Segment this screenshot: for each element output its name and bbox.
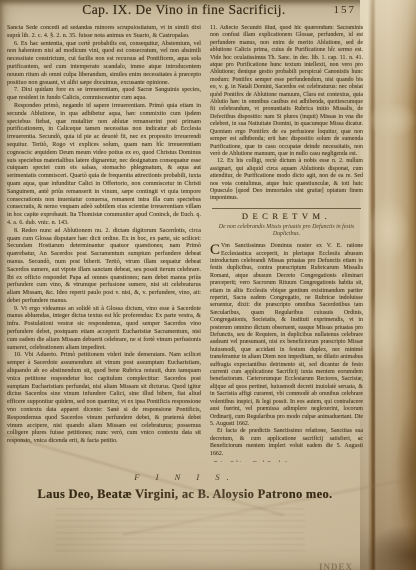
decree-heading: DECRETVM. [210, 213, 363, 220]
page-number: 157 [334, 4, 357, 16]
paragraph-6: 6. Ex hac sententia, quæ certè probabili… [7, 41, 201, 88]
book-page: Cap. IX. De Vino in fine Sacrificij. 157… [0, 0, 416, 570]
paragraph-8: 8. Redeo nunc ad Ablutionem nu. 2. dicta… [7, 228, 201, 306]
paragraph-respondeo: Respondeo primò, negando id sapere irreu… [7, 103, 201, 228]
paragraph-continuation: Sancta Sede concedi ad sedandas minores … [7, 25, 201, 41]
decree-subtitle: De non celebrandis Missis priuatis pro D… [218, 224, 355, 238]
paragraph-10: 10. Vbi Aduerto. Primò petitionem videri… [7, 352, 201, 446]
text-columns: Sancta Sede concedi ad sedandas minores … [7, 25, 363, 462]
right-column: 11. Adiecto Secundò illud, quod hîc quær… [210, 25, 363, 462]
decree-body-text: Vm Sanctissimus Dominus noster ex V. E. … [210, 243, 363, 427]
bleed-through-lines [55, 508, 305, 554]
paragraph-7: 7. Dixi quidam fore ex se irreuerentiam,… [7, 87, 201, 103]
section-divider [212, 208, 361, 209]
paragraph-12: 12. Ex his colligi, rectè dictum à nobis… [210, 158, 363, 202]
bleed-through-index-label: INDEX [319, 562, 353, 570]
finis-label: F I N I S. [7, 472, 363, 482]
colophon-dedication: Laus Deo, Beatæ Virgini, ac B. Aloysio P… [7, 487, 363, 502]
decree-signature-cardinal: Episc. Sabinen. Card. Sacchettus. [214, 460, 363, 462]
decree-ratification: Et facta de prædictis Sanctissimo relati… [210, 428, 363, 458]
chapter-title: Cap. IX. De Vino in fine Sacrificij. [82, 2, 285, 18]
paragraph-11: 11. Adiecto Secundò illud, quod hîc quær… [210, 25, 363, 158]
bleed-through-area: INDEX [55, 508, 345, 566]
left-column: Sancta Sede concedi ad sedandas minores … [7, 25, 201, 462]
running-header: Cap. IX. De Vino in fine Sacrificij. 157 [6, 2, 362, 22]
page-fore-edge [360, 0, 416, 570]
decree-drop-cap: C [210, 243, 221, 256]
paragraph-9: 9. Vt ergo videamus an solidè sit à Glos… [7, 306, 201, 353]
decree-body: CVm Sanctissimus Dominus noster ex V. E.… [210, 243, 363, 428]
